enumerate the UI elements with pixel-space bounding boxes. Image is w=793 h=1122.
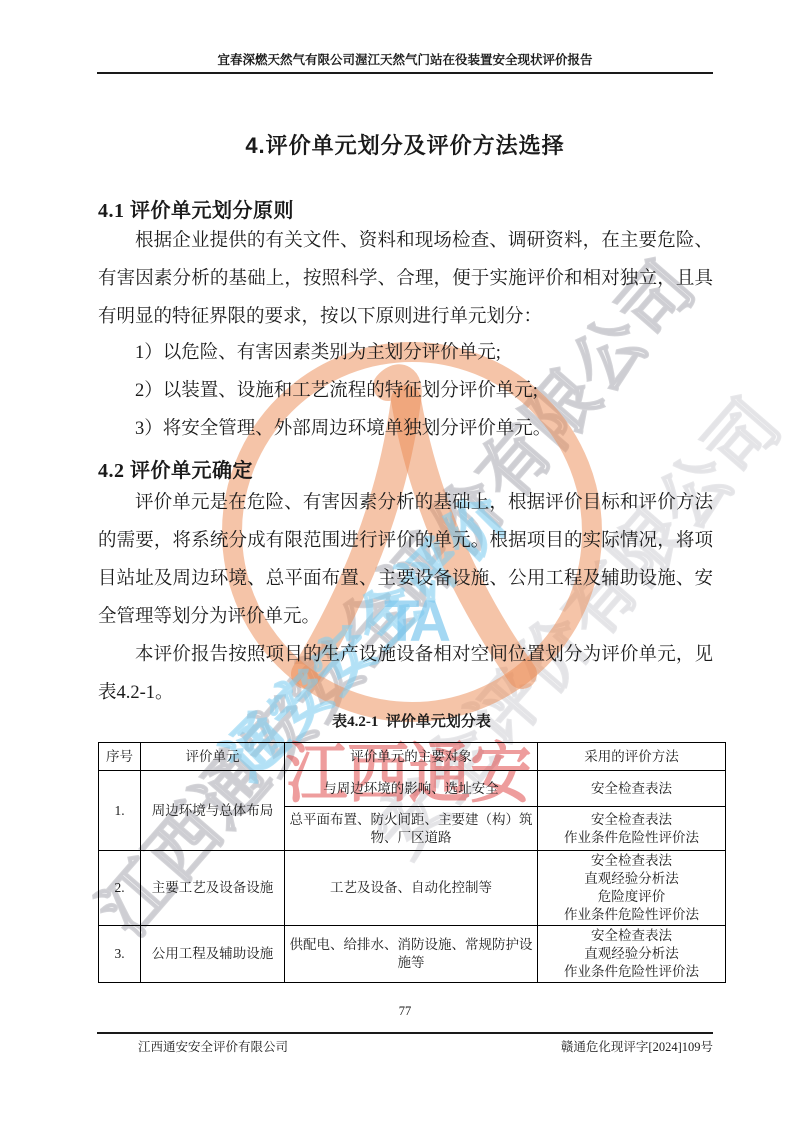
cell-row3-no: 3. [99,926,141,983]
list-item: 2）以装置、设施和工艺流程的特征划分评价单元; [98,372,713,410]
page-header-title: 宜春深燃天然气有限公司渥江天然气门站在役装置安全现状评价报告 [97,50,713,68]
cell-row1-sub1-methods: 安全检查表法 [538,771,726,807]
cell-row2-unit: 主要工艺及设备设施 [141,851,285,926]
table-row: 2. 主要工艺及设备设施 工艺及设备、自动化控制等 安全检查表法 直观经验分析法… [99,851,726,926]
col-header-method: 采用的评价方法 [538,743,726,771]
cell-row2-no: 2. [99,851,141,926]
cell-row3-unit: 公用工程及辅助设施 [141,926,285,983]
cell-row1-unit: 周边环境与总体布局 [141,771,285,851]
principles-list: 1）以危险、有害因素类别为主划分评价单元; 2）以装置、设施和工艺流程的特征划分… [98,334,713,448]
footer-rule [97,1032,713,1034]
cell-row2-object: 工艺及设备、自动化控制等 [285,851,538,926]
cell-row1-sub2-methods: 安全检查表法 作业条件危险性评价法 [538,807,726,851]
cell-row3-methods: 安全检查表法 直观经验分析法 作业条件危险性评价法 [538,926,726,983]
header-rule [97,72,713,74]
list-item: 3）将安全管理、外部周边环境单独划分评价单元。 [98,410,713,448]
cell-row1-sub1-object: 与周边环境的影响、选址安全 [285,771,538,807]
section-4-1-heading: 4.1 评价单元划分原则 [98,194,294,223]
list-item: 1）以危险、有害因素类别为主划分评价单元; [98,334,713,372]
section-4-1-paragraph: 根据企业提供的有关文件、资料和现场检查、调研资料，在主要危险、有害因素分析的基础… [98,222,713,336]
table-row: 3. 公用工程及辅助设施 供配电、给排水、消防设施、常规防护设施等 安全检查表法… [99,926,726,983]
section-4-2-paragraph-2: 本评价报告按照项目的生产设施设备相对空间位置划分为评价单元，见表4.2-1。 [98,636,713,712]
cell-row2-methods: 安全检查表法 直观经验分析法 危险度评价 作业条件危险性评价法 [538,851,726,926]
footer-company-name: 江西通安安全评价有限公司 [138,1037,288,1055]
section-4-2-heading: 4.2 评价单元确定 [98,454,253,483]
page-content: 宜春深燃天然气有限公司渥江天然气门站在役装置安全现状评价报告 4.评价单元划分及… [0,0,793,1122]
evaluation-units-table: 序号 评价单元 评价单元的主要对象 采用的评价方法 1. 周边环境与总体布局 与… [98,742,726,983]
document-page: 江西通安安全评价有限公司 安全评价有限公司 通安安全评价 TA 江西通安 宜春深… [0,0,793,1122]
table-row: 1. 周边环境与总体布局 与周边环境的影响、选址安全 安全检查表法 [99,771,726,807]
table-caption: 表4.2-1 评价单元划分表 [98,710,725,731]
page-number: 77 [97,1004,713,1019]
col-header-unit: 评价单元 [141,743,285,771]
cell-row3-object: 供配电、给排水、消防设施、常规防护设施等 [285,926,538,983]
section-4-2-paragraph-1: 评价单元是在危险、有害因素分析的基础上，根据评价目标和评价方法的需要，将系统分成… [98,484,713,636]
cell-row1-sub2-object: 总平面布置、防火间距、主要建（构）筑物、厂区道路 [285,807,538,851]
col-header-no: 序号 [99,743,141,771]
chapter-title: 4.评价单元划分及评价方法选择 [97,129,713,160]
cell-row1-no: 1. [99,771,141,851]
table-header-row: 序号 评价单元 评价单元的主要对象 采用的评价方法 [99,743,726,771]
col-header-object: 评价单元的主要对象 [285,743,538,771]
